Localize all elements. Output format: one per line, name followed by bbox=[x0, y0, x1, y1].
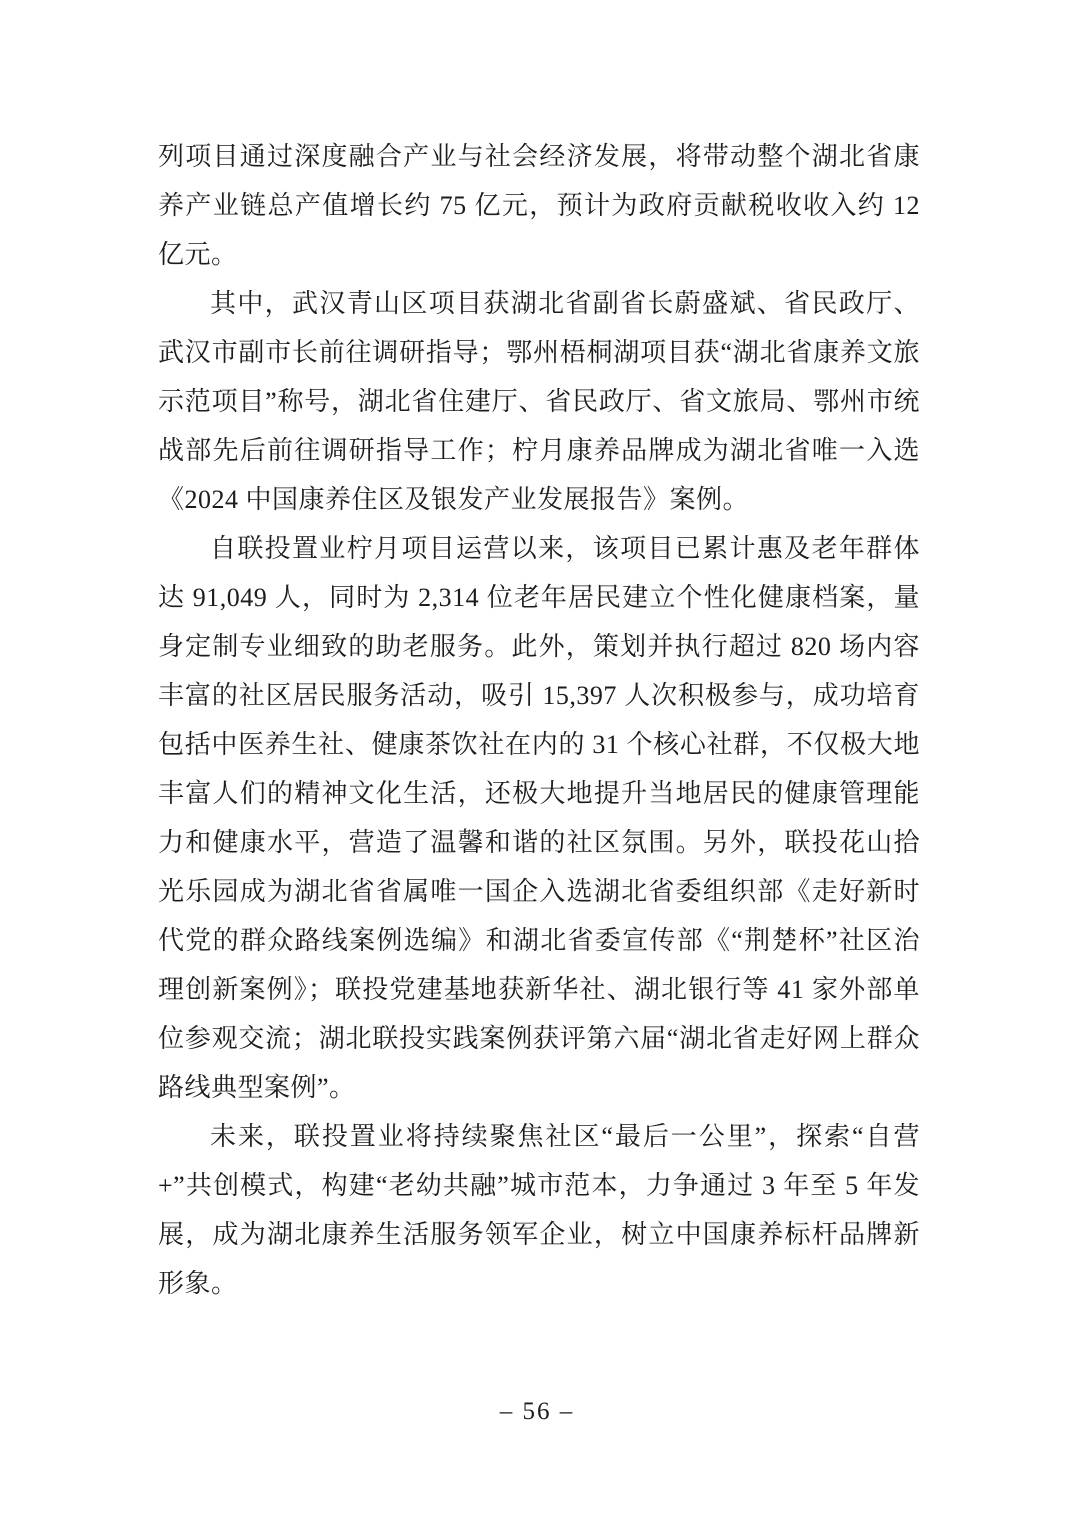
paragraph: 其中，武汉青山区项目获湖北省副省长蔚盛斌、省民政厅、武汉市副市长前往调研指导；鄂… bbox=[158, 279, 920, 524]
paragraph: 未来，联投置业将持续聚焦社区“最后一公里”，探索“自营+”共创模式，构建“老幼共… bbox=[158, 1112, 920, 1308]
document-page: 列项目通过深度融合产业与社会经济发展，将带动整个湖北省康养产业链总产值增长约 7… bbox=[0, 0, 1074, 1520]
document-body: 列项目通过深度融合产业与社会经济发展，将带动整个湖北省康养产业链总产值增长约 7… bbox=[158, 132, 920, 1308]
paragraph-continuation: 列项目通过深度融合产业与社会经济发展，将带动整个湖北省康养产业链总产值增长约 7… bbox=[158, 132, 920, 279]
paragraph: 自联投置业柠月项目运营以来，该项目已累计惠及老年群体达 91,049 人，同时为… bbox=[158, 524, 920, 1112]
page-number: – 56 – bbox=[0, 1398, 1074, 1426]
